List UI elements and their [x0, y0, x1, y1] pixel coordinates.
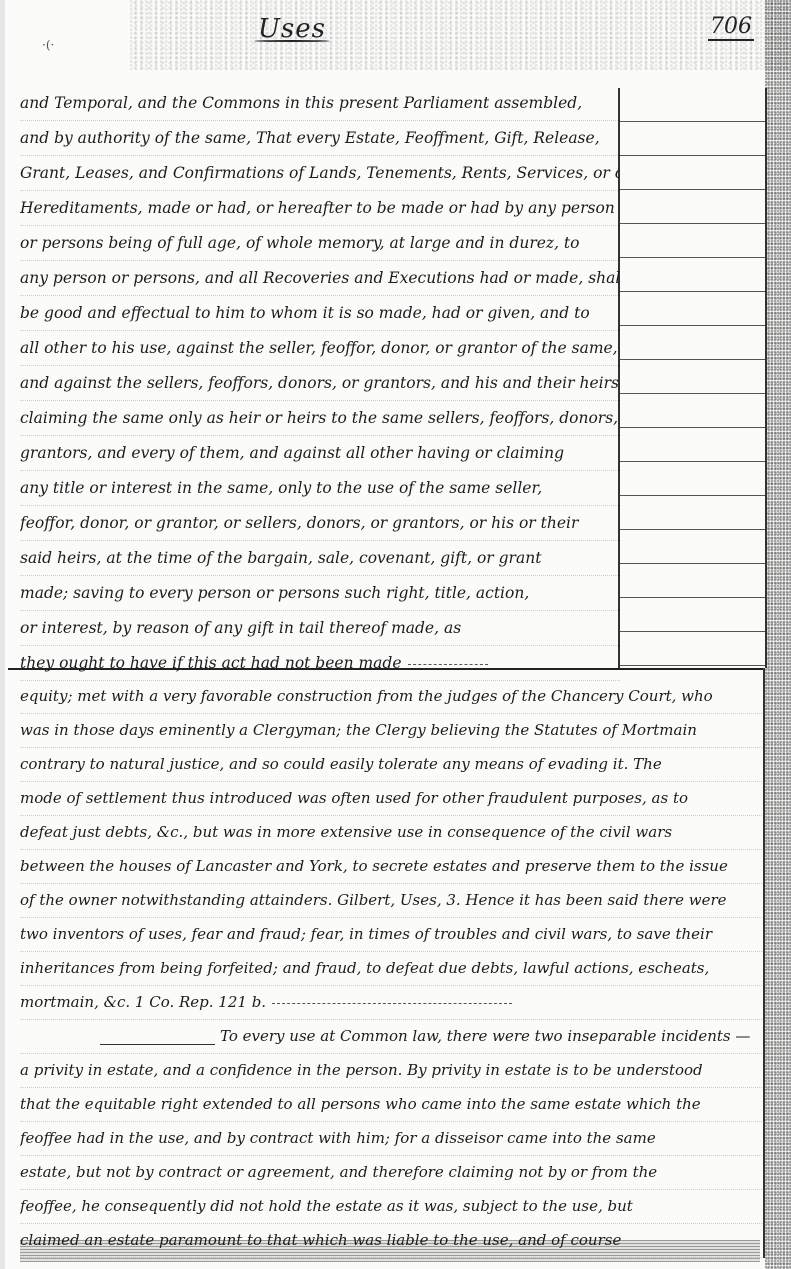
- stray-mark: ·(·: [42, 38, 54, 52]
- text-line: feoffee had in the use, and by contract …: [20, 1122, 762, 1156]
- text-line-content: mortmain, &c. 1 Co. Rep. 121 b.: [20, 993, 266, 1011]
- manuscript-page: ·(· Uses 706 and Temporal, and the Commo…: [0, 0, 791, 1269]
- text-line: was in those days eminently a Clergyman;…: [20, 714, 762, 748]
- text-line: two inventors of uses, fear and fraud; f…: [20, 918, 762, 952]
- text-line: grantors, and every of them, and against…: [20, 436, 620, 471]
- text-line-content: they ought to have if this act had not b…: [20, 654, 402, 672]
- paragraph-first-line: To every use at Common law, there were t…: [20, 1020, 762, 1054]
- right-margin-rule: [763, 668, 765, 1258]
- text-line: Hereditaments, made or had, or hereafter…: [20, 191, 620, 226]
- line-filler-rule: [408, 664, 488, 665]
- text-line: defeat just debts, &c., but was in more …: [20, 816, 762, 850]
- text-line: contrary to natural justice, and so coul…: [20, 748, 762, 782]
- text-line: claimed an estate paramount to that whic…: [20, 1224, 762, 1258]
- text-line: any person or persons, and all Recoverie…: [20, 261, 620, 296]
- text-line: claiming the same only as heir or heirs …: [20, 401, 620, 436]
- page-title: Uses: [258, 14, 326, 44]
- text-line: between the houses of Lancaster and York…: [20, 850, 762, 884]
- ruled-margin-column: [618, 88, 767, 668]
- text-line: and against the sellers, feoffors, donor…: [20, 366, 620, 401]
- text-line: feoffor, donor, or grantor, or sellers, …: [20, 506, 620, 541]
- text-line: mode of settlement thus introduced was o…: [20, 782, 762, 816]
- text-line: that the equitable right extended to all…: [20, 1088, 762, 1122]
- text-line: or persons being of full age, of whole m…: [20, 226, 620, 261]
- statute-text-block: and Temporal, and the Commons in this pr…: [20, 86, 620, 681]
- page-number: 706: [708, 14, 754, 41]
- text-line: a privity in estate, and a confidence in…: [20, 1054, 762, 1088]
- text-line: and Temporal, and the Commons in this pr…: [20, 86, 620, 121]
- photocopy-noise-right: [765, 0, 791, 1269]
- text-line: and by authority of the same, That every…: [20, 121, 620, 156]
- text-line: of the owner notwithstanding attainders.…: [20, 884, 762, 918]
- text-line-last: they ought to have if this act had not b…: [20, 646, 620, 681]
- text-line: Grant, Leases, and Confirmations of Land…: [20, 156, 620, 191]
- text-line: said heirs, at the time of the bargain, …: [20, 541, 620, 576]
- text-line: or interest, by reason of any gift in ta…: [20, 611, 620, 646]
- text-line: estate, but not by contract or agreement…: [20, 1156, 762, 1190]
- text-line: made; saving to every person or persons …: [20, 576, 620, 611]
- text-line: any title or interest in the same, only …: [20, 471, 620, 506]
- text-line-last: mortmain, &c. 1 Co. Rep. 121 b.: [20, 986, 762, 1020]
- commentary-text-block: equity; met with a very favorable constr…: [20, 680, 762, 1258]
- text-line: be good and effectual to him to whom it …: [20, 296, 620, 331]
- photocopy-noise-top: [130, 0, 791, 70]
- text-line: all other to his use, against the seller…: [20, 331, 620, 366]
- scan-edge: [0, 0, 5, 1269]
- text-line: equity; met with a very favorable constr…: [20, 680, 762, 714]
- text-line: feoffee, he consequently did not hold th…: [20, 1190, 762, 1224]
- text-line: inheritances from being forfeited; and f…: [20, 952, 762, 986]
- line-filler-rule: [272, 1003, 512, 1004]
